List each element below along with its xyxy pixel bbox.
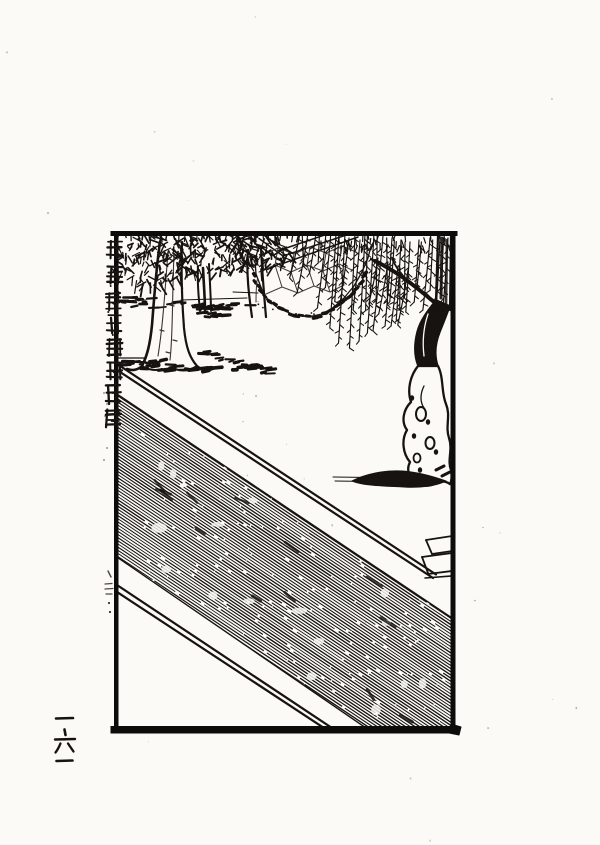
paper-speckles (6, 16, 577, 842)
woodcut-illustration (0, 0, 600, 845)
stone-step-platform (422, 536, 452, 578)
garden-scene (100, 225, 470, 798)
margin-annotation (105, 571, 113, 613)
scanned-book-page: 金陵毛澤學暜巴失 丷三・・ 一六一 Woodblock-print garden… (0, 0, 600, 845)
page-number (55, 718, 75, 761)
weeping-willow (287, 233, 451, 487)
